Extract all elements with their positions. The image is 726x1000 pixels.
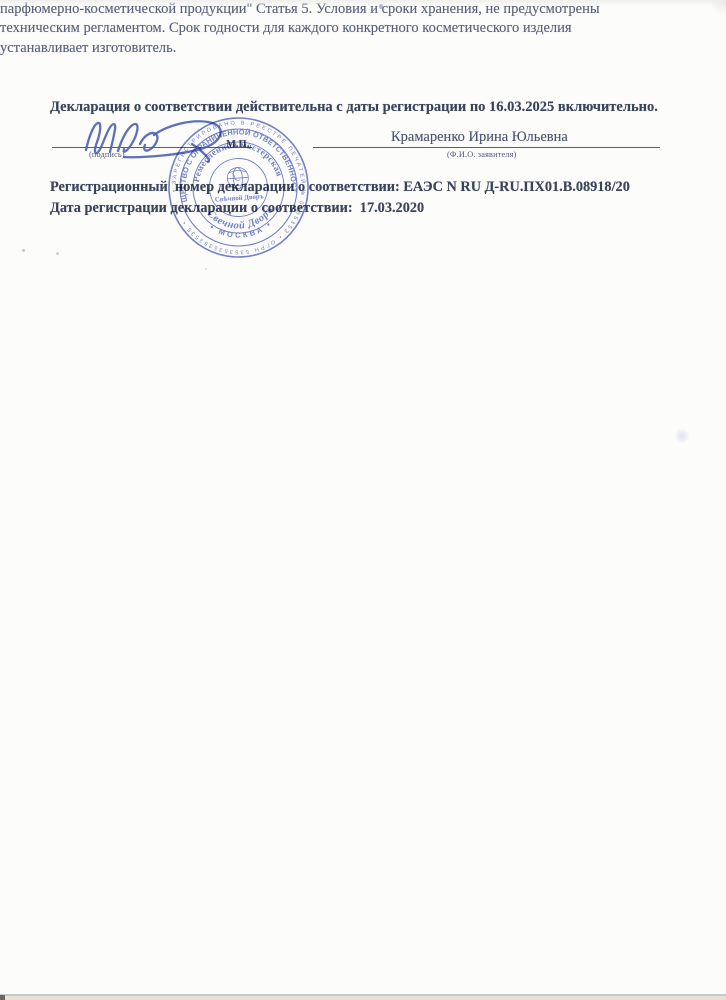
- scan-speck: [379, 4, 383, 9]
- scan-corner-shade: [712, 0, 726, 16]
- scan-edge-shade: [0, 0, 726, 6]
- registration-number-line: Регистрационный номер декларации о соотв…: [50, 179, 630, 196]
- scanner-bed-strip: [0, 996, 726, 1000]
- paragraph-line: техническим регламентом. Срок годности д…: [0, 19, 726, 38]
- applicant-name-line: [313, 147, 660, 148]
- stamp-core-circle: [208, 157, 270, 219]
- stamp-center-label: Свѣчной Дворъ: [215, 193, 264, 203]
- scan-speck: [205, 268, 207, 270]
- scanner-bed-corner: [0, 995, 5, 1000]
- scan-speck: [22, 249, 25, 252]
- scanned-declaration-page: парфюмерно-косметической продукции" Стат…: [0, 0, 726, 1000]
- scan-speck: [56, 252, 59, 255]
- applicant-name: Крамаренко Ирина Юльевна: [391, 129, 568, 146]
- storage-conditions-paragraph: парфюмерно-косметической продукции" Стат…: [0, 0, 726, 58]
- scan-smudge: [674, 428, 690, 444]
- applicant-name-caption: (Ф.И.О. заявителя): [447, 150, 516, 159]
- paragraph-line: устанавливает изготовитель.: [0, 39, 726, 58]
- stamp-seal: • ЗАРЕГИСТРИРОВАНО В РЕЕСТРЕ ПЕЧАТЕЙ № 0…: [162, 111, 315, 264]
- globe-emblem-icon: [227, 167, 249, 189]
